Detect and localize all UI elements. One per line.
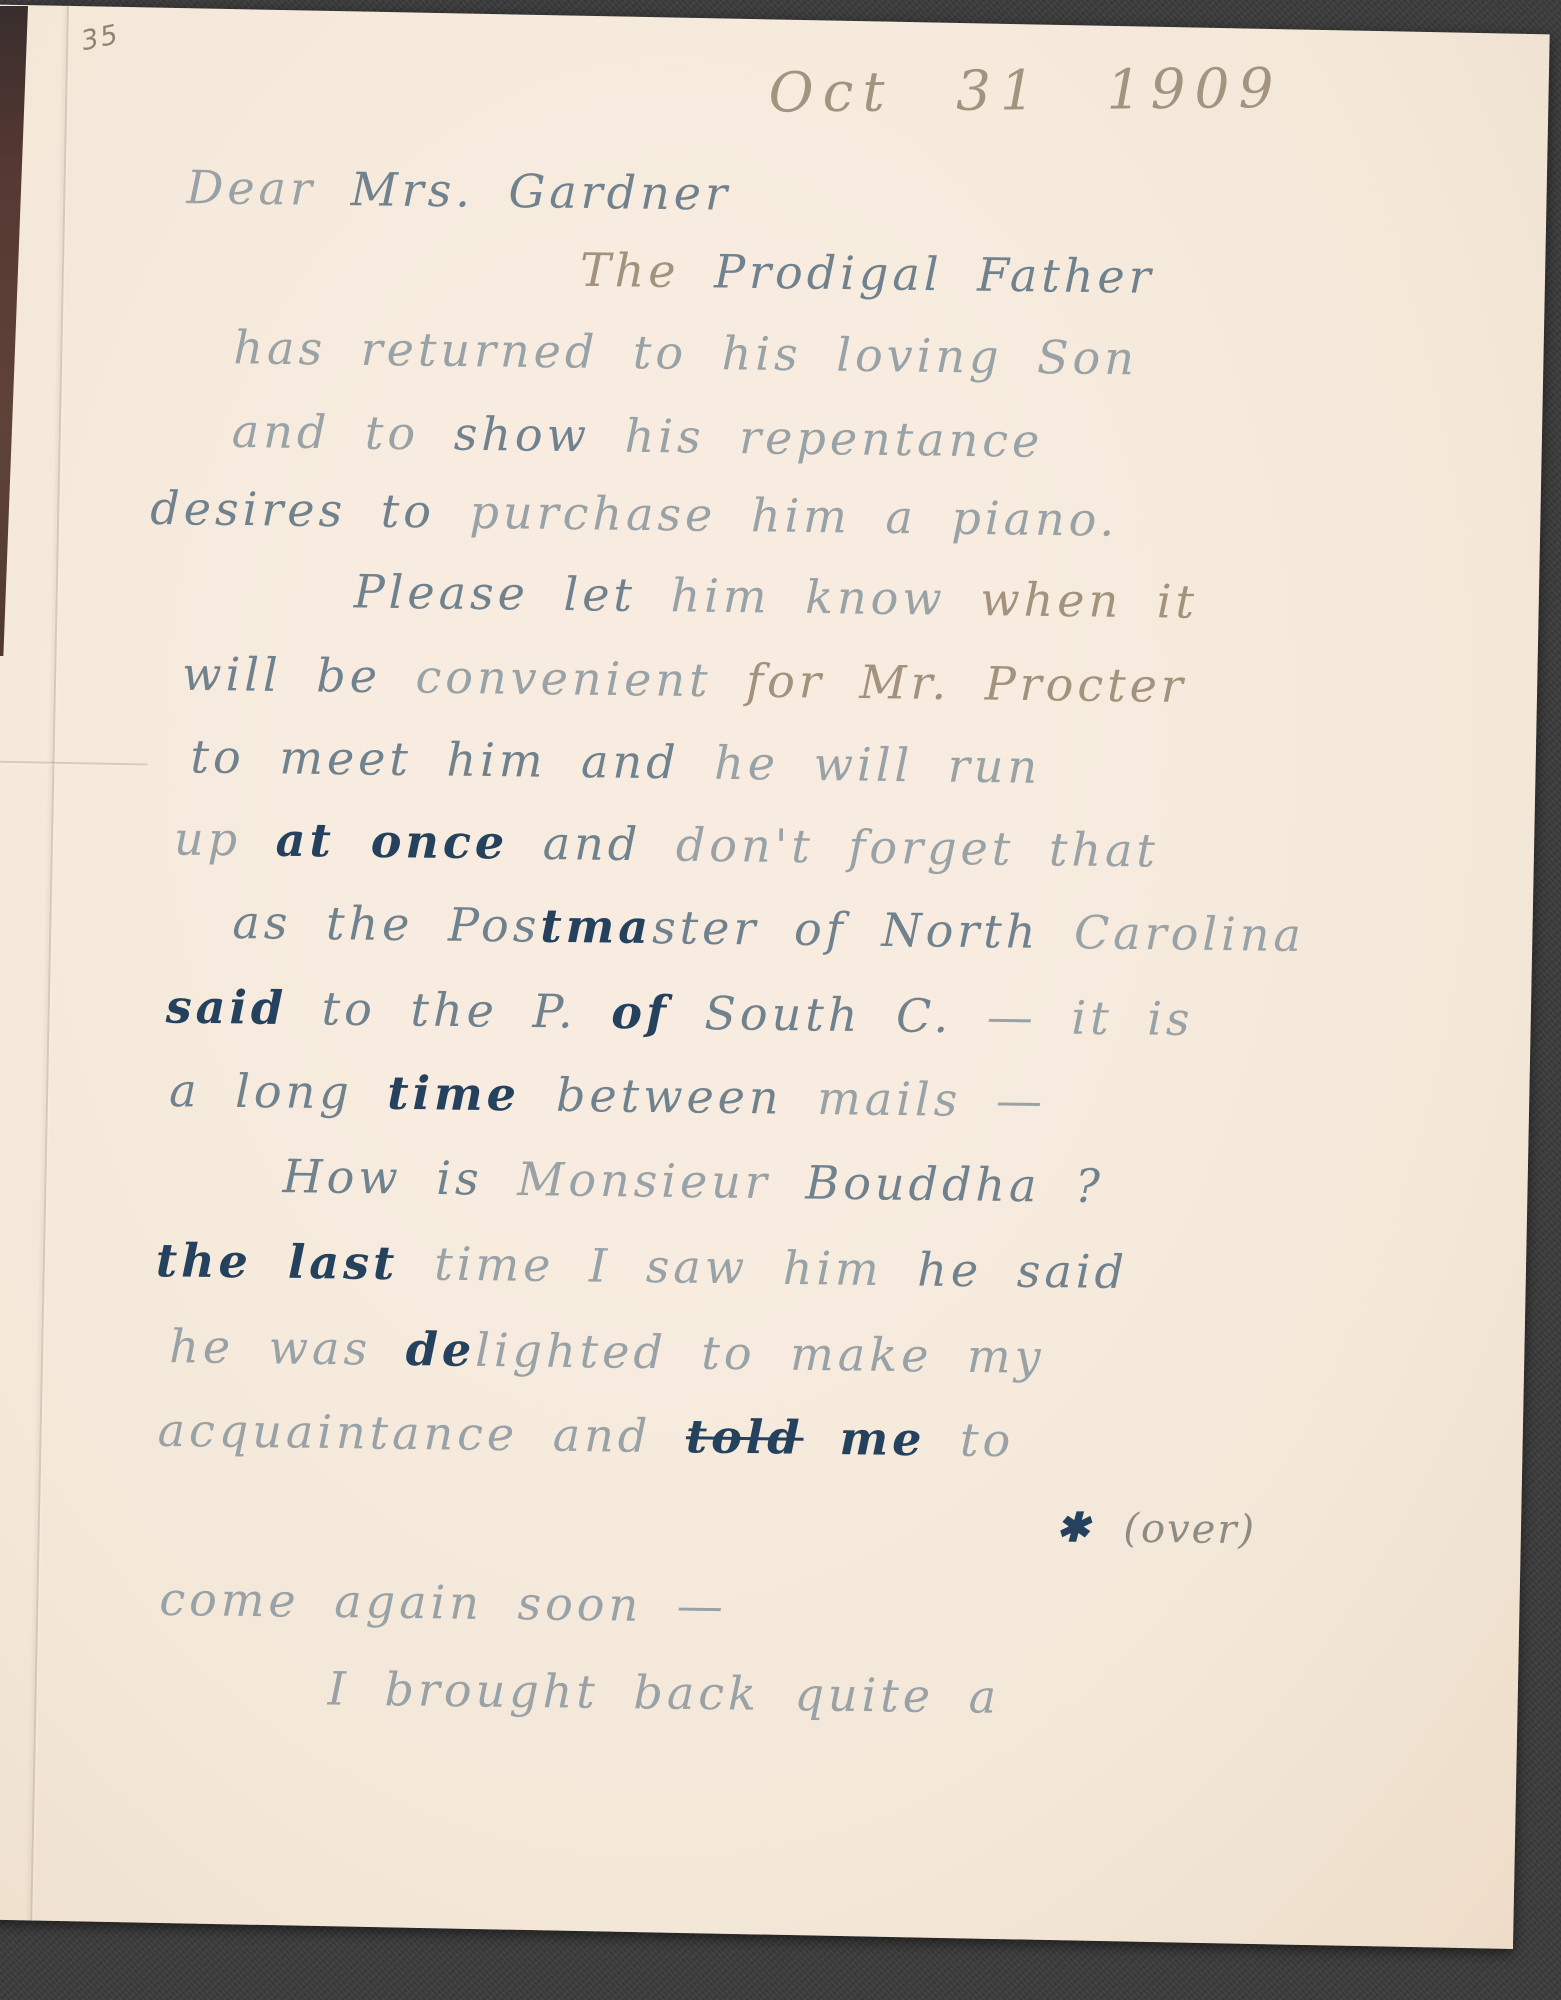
letter-line: has returned to his loving Son <box>233 320 1138 385</box>
ink-segment: tma <box>540 899 652 954</box>
ink-segment: de <box>405 1322 475 1377</box>
ink-segment: to <box>925 1412 1014 1467</box>
ink-segment: come again soon — <box>159 1572 727 1633</box>
ink-segment: I brought back quite a <box>327 1662 1000 1724</box>
letter-line: he was delighted to make my <box>169 1319 1045 1384</box>
ink-segment: acquaintance and <box>157 1403 686 1463</box>
letter-line: come again soon — <box>159 1572 727 1633</box>
letter-line: I brought back quite a <box>327 1662 1000 1724</box>
ink-segment: Please let <box>353 564 670 622</box>
letter-line: Dear Mrs. Gardner <box>186 160 731 221</box>
ink-segment: The <box>580 243 715 299</box>
ink-segment: (over) <box>1123 1506 1256 1554</box>
ink-segment: said <box>165 980 287 1035</box>
ink-segment: of <box>611 985 670 1040</box>
ink-segment: to meet him and <box>190 729 714 789</box>
ink-segment: mails — <box>817 1071 1046 1128</box>
ink-segment: Monsieur <box>517 1152 806 1210</box>
letter-line: the last time I saw him he said <box>156 1233 1129 1299</box>
letter-line: desires to purchase him a piano. <box>150 481 1118 547</box>
ink-segment: a long <box>169 1063 388 1120</box>
letter-date: Oct 31 1909 <box>768 56 1282 124</box>
ink-segment: lighted to make my <box>475 1323 1045 1384</box>
ink-segment: How is <box>282 1149 517 1206</box>
letter-line: up at once and don't forget that <box>174 812 1160 878</box>
letter-line: to meet him and he will run <box>190 729 1041 793</box>
ink-segment: has returned to his loving Son <box>233 320 1138 385</box>
ink-segment: purchase him a piano. <box>469 485 1118 547</box>
letter-line: Please let him know when it <box>353 564 1198 628</box>
ink-segment: when it <box>980 572 1198 629</box>
ink-segment: between <box>556 1068 818 1125</box>
ink-segment: as the <box>232 895 448 952</box>
ink-segment: him know <box>670 568 980 626</box>
ink-segment: he said <box>917 1242 1128 1299</box>
fold-crease-horizontal <box>0 760 147 766</box>
letter-line: will be convenient for Mr. Procter <box>182 647 1187 713</box>
fold-crease-vertical <box>30 6 69 1921</box>
ink-segment: Dear <box>186 160 351 216</box>
ink-segment: and to <box>232 404 455 461</box>
catalog-pencil-mark: 35 <box>79 19 123 57</box>
ink-segment: convenient <box>415 650 746 708</box>
ink-segment: Pos <box>448 898 541 953</box>
ink-segment: Carolina <box>1074 905 1305 962</box>
insertion-annotation: ✱ (over) <box>1056 1504 1257 1553</box>
ink-segment: show <box>453 407 590 463</box>
ink-segment: for Mr. Procter <box>746 654 1187 713</box>
ink-segment: his repentance <box>590 408 1044 468</box>
ink-segment: — it is <box>987 990 1194 1047</box>
ink-segment: don't forget that <box>676 818 1160 878</box>
letter-line: acquaintance and told me to <box>157 1403 1014 1467</box>
letter-line: How is Monsieur Bouddha ? <box>282 1149 1104 1213</box>
ink-segment: and <box>508 816 676 872</box>
ink-segment: he will run <box>714 736 1041 794</box>
ink-segment: told <box>686 1409 804 1464</box>
ink-segment: up <box>174 812 276 867</box>
ink-segment: he was <box>169 1319 406 1376</box>
letter-line: and to show his repentance <box>232 404 1044 468</box>
ink-segment: at once <box>275 813 508 870</box>
ink-segment: the last <box>156 1233 435 1290</box>
ink-segment: Mrs. Gardner <box>350 162 731 221</box>
ink-segment: will be <box>182 647 416 704</box>
ink-segment: time I saw him <box>434 1237 918 1297</box>
ink-segment: to the P. <box>287 981 612 1039</box>
ink-segment: desires to <box>150 481 470 539</box>
letter-line: a long time between mails — <box>169 1063 1046 1128</box>
ink-segment: South C. <box>670 986 988 1044</box>
ink-segment: time <box>387 1066 556 1122</box>
ink-segment: me <box>803 1411 926 1466</box>
letter-line: as the Postmaster of North Carolina <box>232 895 1305 962</box>
ink-segment: ✱ <box>1056 1504 1124 1552</box>
ink-segment: ster <box>652 900 760 955</box>
ink-segment: of North <box>759 901 1074 959</box>
ink-segment: Bouddha ? <box>805 1155 1104 1213</box>
ink-segment: Prodigal Father <box>714 244 1155 303</box>
letter-line: The Prodigal Father <box>580 243 1155 304</box>
letter-line: said to the P. of South C. — it is <box>165 980 1193 1047</box>
letter-page: 35 Oct 31 1909 Dear Mrs. GardnerThe Prod… <box>0 4 1550 1949</box>
